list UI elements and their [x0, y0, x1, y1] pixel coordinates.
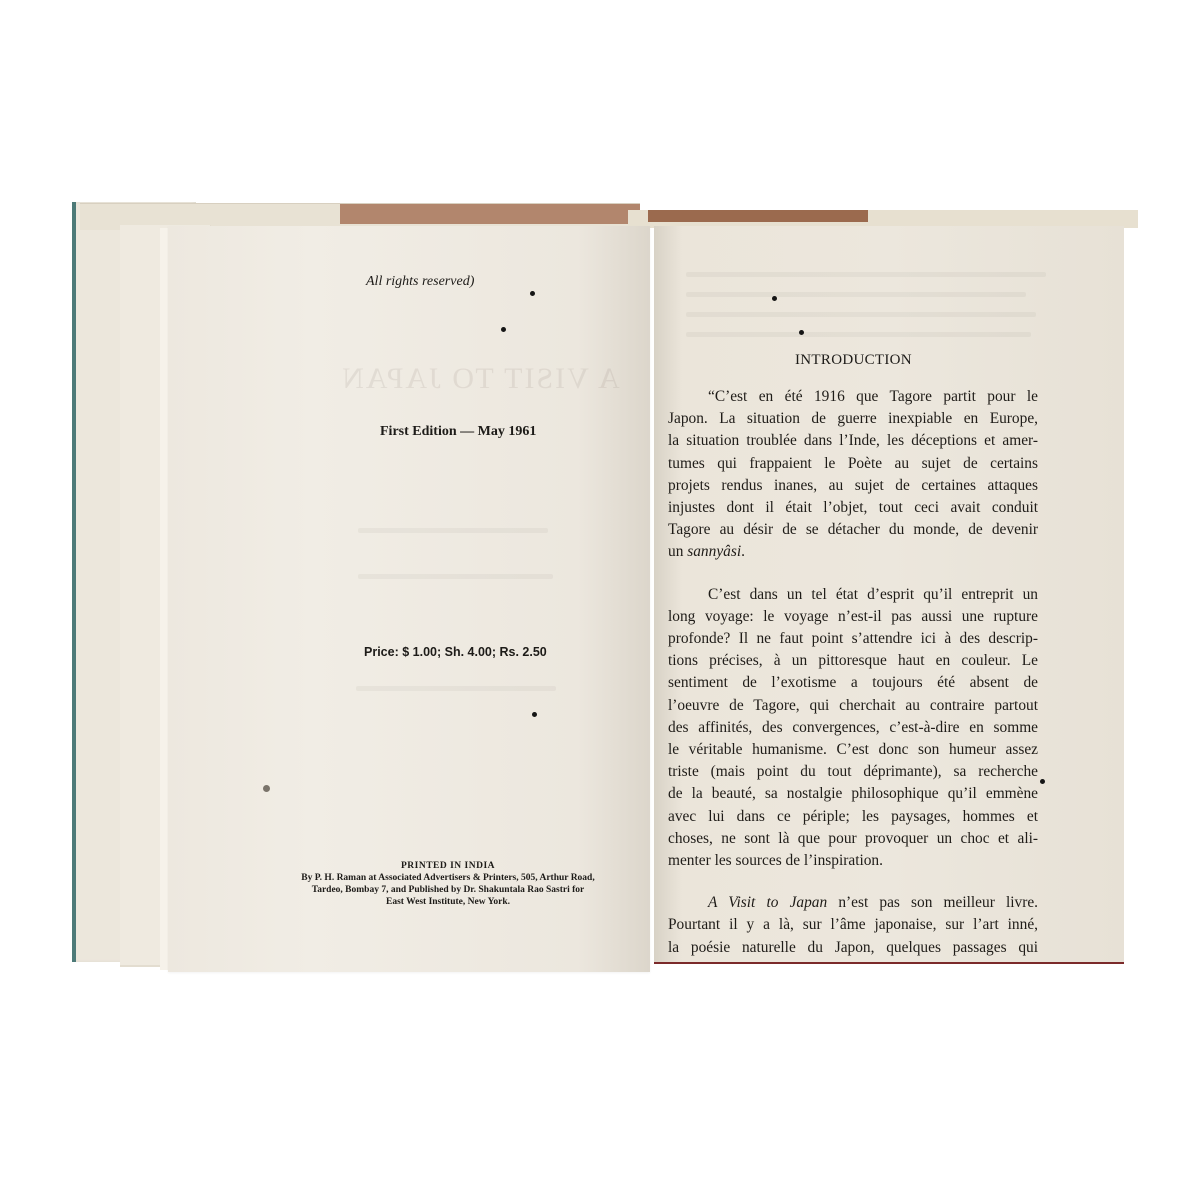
text-line: profonde? Il ne faut point s’attendre ic…: [668, 628, 1038, 650]
text-line: Japon. La situation de guerre inexpiable…: [668, 408, 1038, 430]
text-line: des affinités, des convergences, c’est-à…: [668, 717, 1038, 739]
text-line: A Visit to Japan n’est pas son meilleur …: [668, 892, 1038, 914]
speck: [263, 785, 270, 792]
open-book: A VISIT TO JAPAN All rights reserved) Fi…: [0, 0, 1200, 1200]
text-line: avec lui dans ce périple; les paysages, …: [668, 806, 1038, 828]
text-line: triste (mais point du tout déprimante), …: [668, 761, 1038, 783]
show-through-line: [358, 528, 548, 533]
book-title-italic: A Visit to Japan: [708, 894, 827, 911]
show-through-line: [358, 574, 553, 579]
imprint-line: East West Institute, New York.: [262, 896, 634, 908]
text-line: menter les sources de l’inspiration.: [668, 850, 1038, 872]
introduction-body: “C’est en été 1916 que Tagore partit pou…: [668, 386, 1038, 959]
show-through-line: [686, 312, 1036, 317]
text-line: Pourtant il y a là, sur l’âme japonaise,…: [668, 914, 1038, 936]
paragraph-2: C’est dans un tel état d’esprit qu’il en…: [668, 584, 1038, 873]
text-run: un: [668, 543, 687, 560]
text-line: la poésie naturelle du Japon, quelques p…: [668, 937, 1038, 959]
text-line: de la beauté, sa nostalgie philosophique…: [668, 783, 1038, 805]
speck: [799, 330, 804, 335]
torn-jacket-edge: [340, 204, 640, 224]
text-line: la situation troublée dans l’Inde, les d…: [668, 430, 1038, 452]
show-through-line: [686, 332, 1031, 337]
introduction-heading: INTRODUCTION: [795, 352, 912, 369]
torn-jacket-edge: [648, 210, 868, 222]
speck: [1040, 779, 1045, 784]
text-run: n’est pas son meilleur livre.: [827, 894, 1038, 911]
price-line: Price: $ 1.00; Sh. 4.00; Rs. 2.50: [364, 645, 547, 659]
speck: [772, 296, 777, 301]
show-through-line: [356, 686, 556, 691]
text-line: C’est dans un tel état d’esprit qu’il en…: [668, 584, 1038, 606]
show-through-line: [686, 272, 1046, 277]
speck: [530, 291, 535, 296]
imprint-line: By P. H. Raman at Associated Advertisers…: [262, 872, 634, 884]
text-line: sentiment de l’exotisme a toujours été a…: [668, 672, 1038, 694]
rights-notice: All rights reserved): [366, 274, 474, 290]
italic-term: sannyâsi: [687, 543, 741, 560]
text-line: le véritable humanisme. C’est donc son h…: [668, 739, 1038, 761]
printer-imprint: PRINTED IN INDIA By P. H. Raman at Assoc…: [262, 860, 634, 908]
text-line: l’oeuvre de Tagore, qui cherchait au con…: [668, 695, 1038, 717]
text-line: injustes dont il était l’objet, tout cec…: [668, 497, 1038, 519]
imprint-line: Tardeo, Bombay 7, and Published by Dr. S…: [262, 884, 634, 896]
text-line: tumes qui frappaient le Poète au sujet d…: [668, 453, 1038, 475]
text-line: Tagore au désir de se détacher du monde,…: [668, 519, 1038, 541]
text-line: tions précises, à un pittoresque haut en…: [668, 650, 1038, 672]
speck: [501, 327, 506, 332]
paragraph-1: “C’est en été 1916 que Tagore partit pou…: [668, 386, 1038, 564]
text-line: un sannyâsi.: [668, 541, 1038, 563]
text-line: “C’est en été 1916 que Tagore partit pou…: [668, 386, 1038, 408]
text-line: long voyage: le voyage n’est-il pas auss…: [668, 606, 1038, 628]
show-through-line: [686, 292, 1026, 297]
text-line: projets rendus inanes, au sujet de certa…: [668, 475, 1038, 497]
show-through-title: A VISIT TO JAPAN: [320, 362, 640, 396]
edition-line: First Edition — May 1961: [380, 424, 536, 440]
imprint-heading: PRINTED IN INDIA: [262, 860, 634, 872]
speck: [532, 712, 537, 717]
paragraph-3: A Visit to Japan n’est pas son meilleur …: [668, 892, 1038, 959]
text-line: choses, ne sont là que pour provoquer un…: [668, 828, 1038, 850]
text-run: .: [741, 543, 745, 560]
